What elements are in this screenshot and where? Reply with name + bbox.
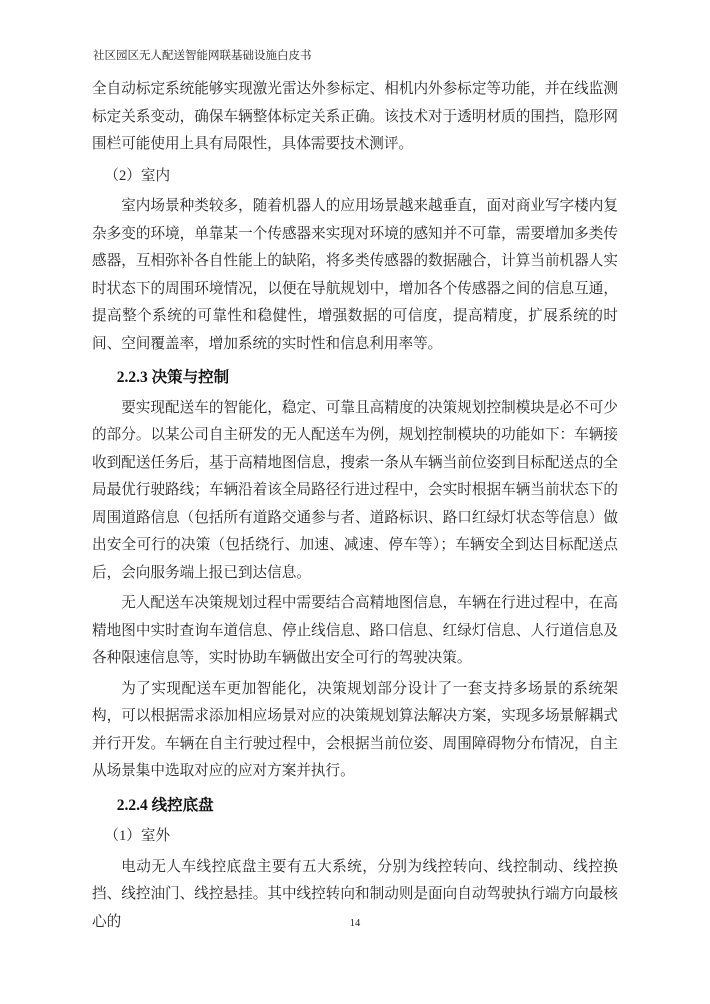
paragraph-planning-control: 要实现配送车的智能化，稳定、可靠且高精度的决策规划控制模块是必不可少的部分。以某… — [92, 395, 618, 588]
paragraph-calibration-continuation: 全自动标定系统能够实现激光雷达外参标定、相机内外参标定等功能，并在线监测标定关系… — [92, 76, 618, 159]
section-heading-2-2-3: 2.2.3 决策与控制 — [92, 364, 618, 392]
document-page: 社区园区无人配送智能网联基础设施白皮书 全自动标定系统能够实现激光雷达外参标定、… — [0, 0, 710, 1004]
list-item-indoor: （2）室内 — [92, 163, 618, 191]
document-body: 全自动标定系统能够实现激光雷达外参标定、相机内外参标定等功能，并在线监测标定关系… — [92, 76, 618, 939]
list-item-outdoor: （1）室外 — [92, 823, 618, 851]
paragraph-indoor-sensors: 室内场景种类较多，随着机器人的应用场景越来越垂直，面对商业写字楼内复杂多变的环境… — [92, 193, 618, 358]
page-number: 14 — [0, 918, 710, 929]
section-heading-2-2-4: 2.2.4 线控底盘 — [92, 792, 618, 820]
running-header: 社区园区无人配送智能网联基础设施白皮书 — [93, 49, 312, 63]
paragraph-multi-scenario: 为了实现配送车更加智能化，决策规划部分设计了一套支持多场景的系统架构，可以根据需… — [92, 676, 618, 786]
paragraph-hd-map: 无人配送车决策规划过程中需要结合高精地图信息，车辆在行进过程中，在高精地图中实时… — [92, 590, 618, 673]
